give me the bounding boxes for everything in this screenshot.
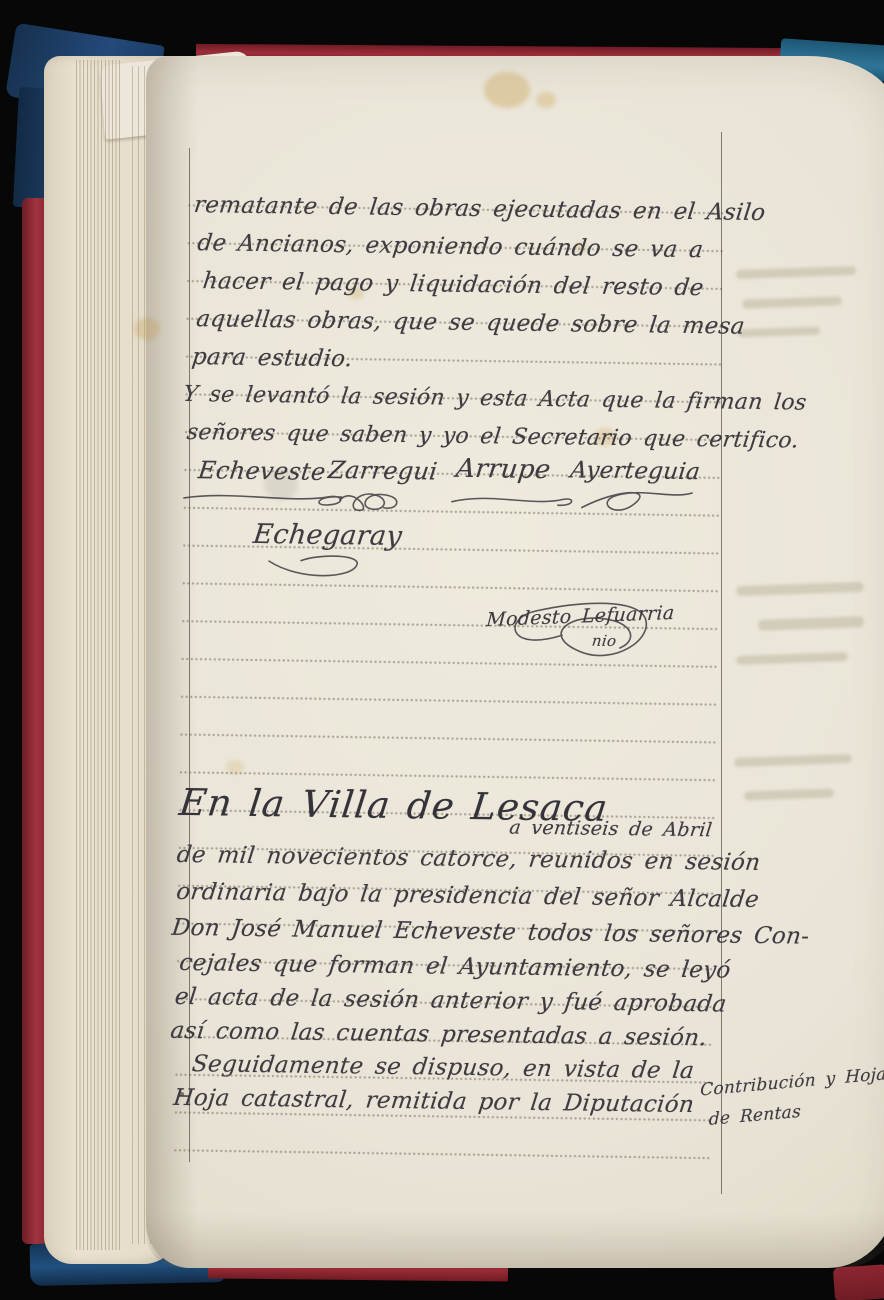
handwriting-line: Don José Manuel Echeveste todos los seño… xyxy=(171,917,811,949)
signature-flourish xyxy=(448,488,578,512)
handwriting-line: Y se levantó la sesión y esta Acta que l… xyxy=(182,384,808,415)
handwriting-line: señores que saben y yo el Secretario que… xyxy=(186,422,801,453)
manuscript-page: rematante de las obras ejecutadas en el … xyxy=(146,56,884,1268)
signature-echegaray: Echegaray xyxy=(252,521,404,550)
handwriting-line: para estudio. xyxy=(191,346,354,371)
signature-flourish xyxy=(182,486,352,512)
handwriting-line: cejales que forman el Ayuntamiento, se l… xyxy=(178,952,732,983)
handwriting-line: Seguidamente se dispuso, en vista de la xyxy=(191,1053,696,1083)
signature-flourish xyxy=(257,551,369,585)
margin-note-line: de Rentas xyxy=(709,1104,801,1129)
signature-flourish xyxy=(332,484,442,518)
signature-arrupe: Arrupe xyxy=(455,456,552,483)
handwriting-line: ordinaria bajo la presidencia del señor … xyxy=(175,881,760,912)
session-heading-date: a ventiseis de Abril xyxy=(508,819,713,841)
handwriting-line: de Ancianos, exponiendo cuándo se va a xyxy=(196,232,704,262)
signature-flourish xyxy=(562,481,697,523)
handwriting-line: aquellas obras, que se quede sobre la me… xyxy=(195,308,746,339)
handwriting-line: el acta de la sesión anterior y fué apro… xyxy=(174,986,728,1017)
signature-ayerteguia: Ayerteguia xyxy=(569,459,701,484)
handwriting-line: de mil novecientos catorce, reunidos en … xyxy=(176,844,762,875)
secretary-rubric-flourish xyxy=(491,594,662,680)
handwriting-line: hacer el pago y liquidación del resto de xyxy=(202,270,705,300)
handwriting-line: Hoja catastral, remitida por la Diputaci… xyxy=(172,1087,695,1117)
photo-of-open-manuscript-book: rematante de las obras ejecutadas en el … xyxy=(0,0,884,1300)
handwriting-line: así como las cuentas presentadas a sesió… xyxy=(169,1020,708,1050)
handwriting-line: rematante de las obras ejecutadas en el … xyxy=(193,194,767,225)
signature-zarregui: Zarregui xyxy=(327,458,439,483)
page-edge-stripes-dense xyxy=(76,60,120,1250)
signature-echeveste: Echeveste xyxy=(197,458,327,484)
